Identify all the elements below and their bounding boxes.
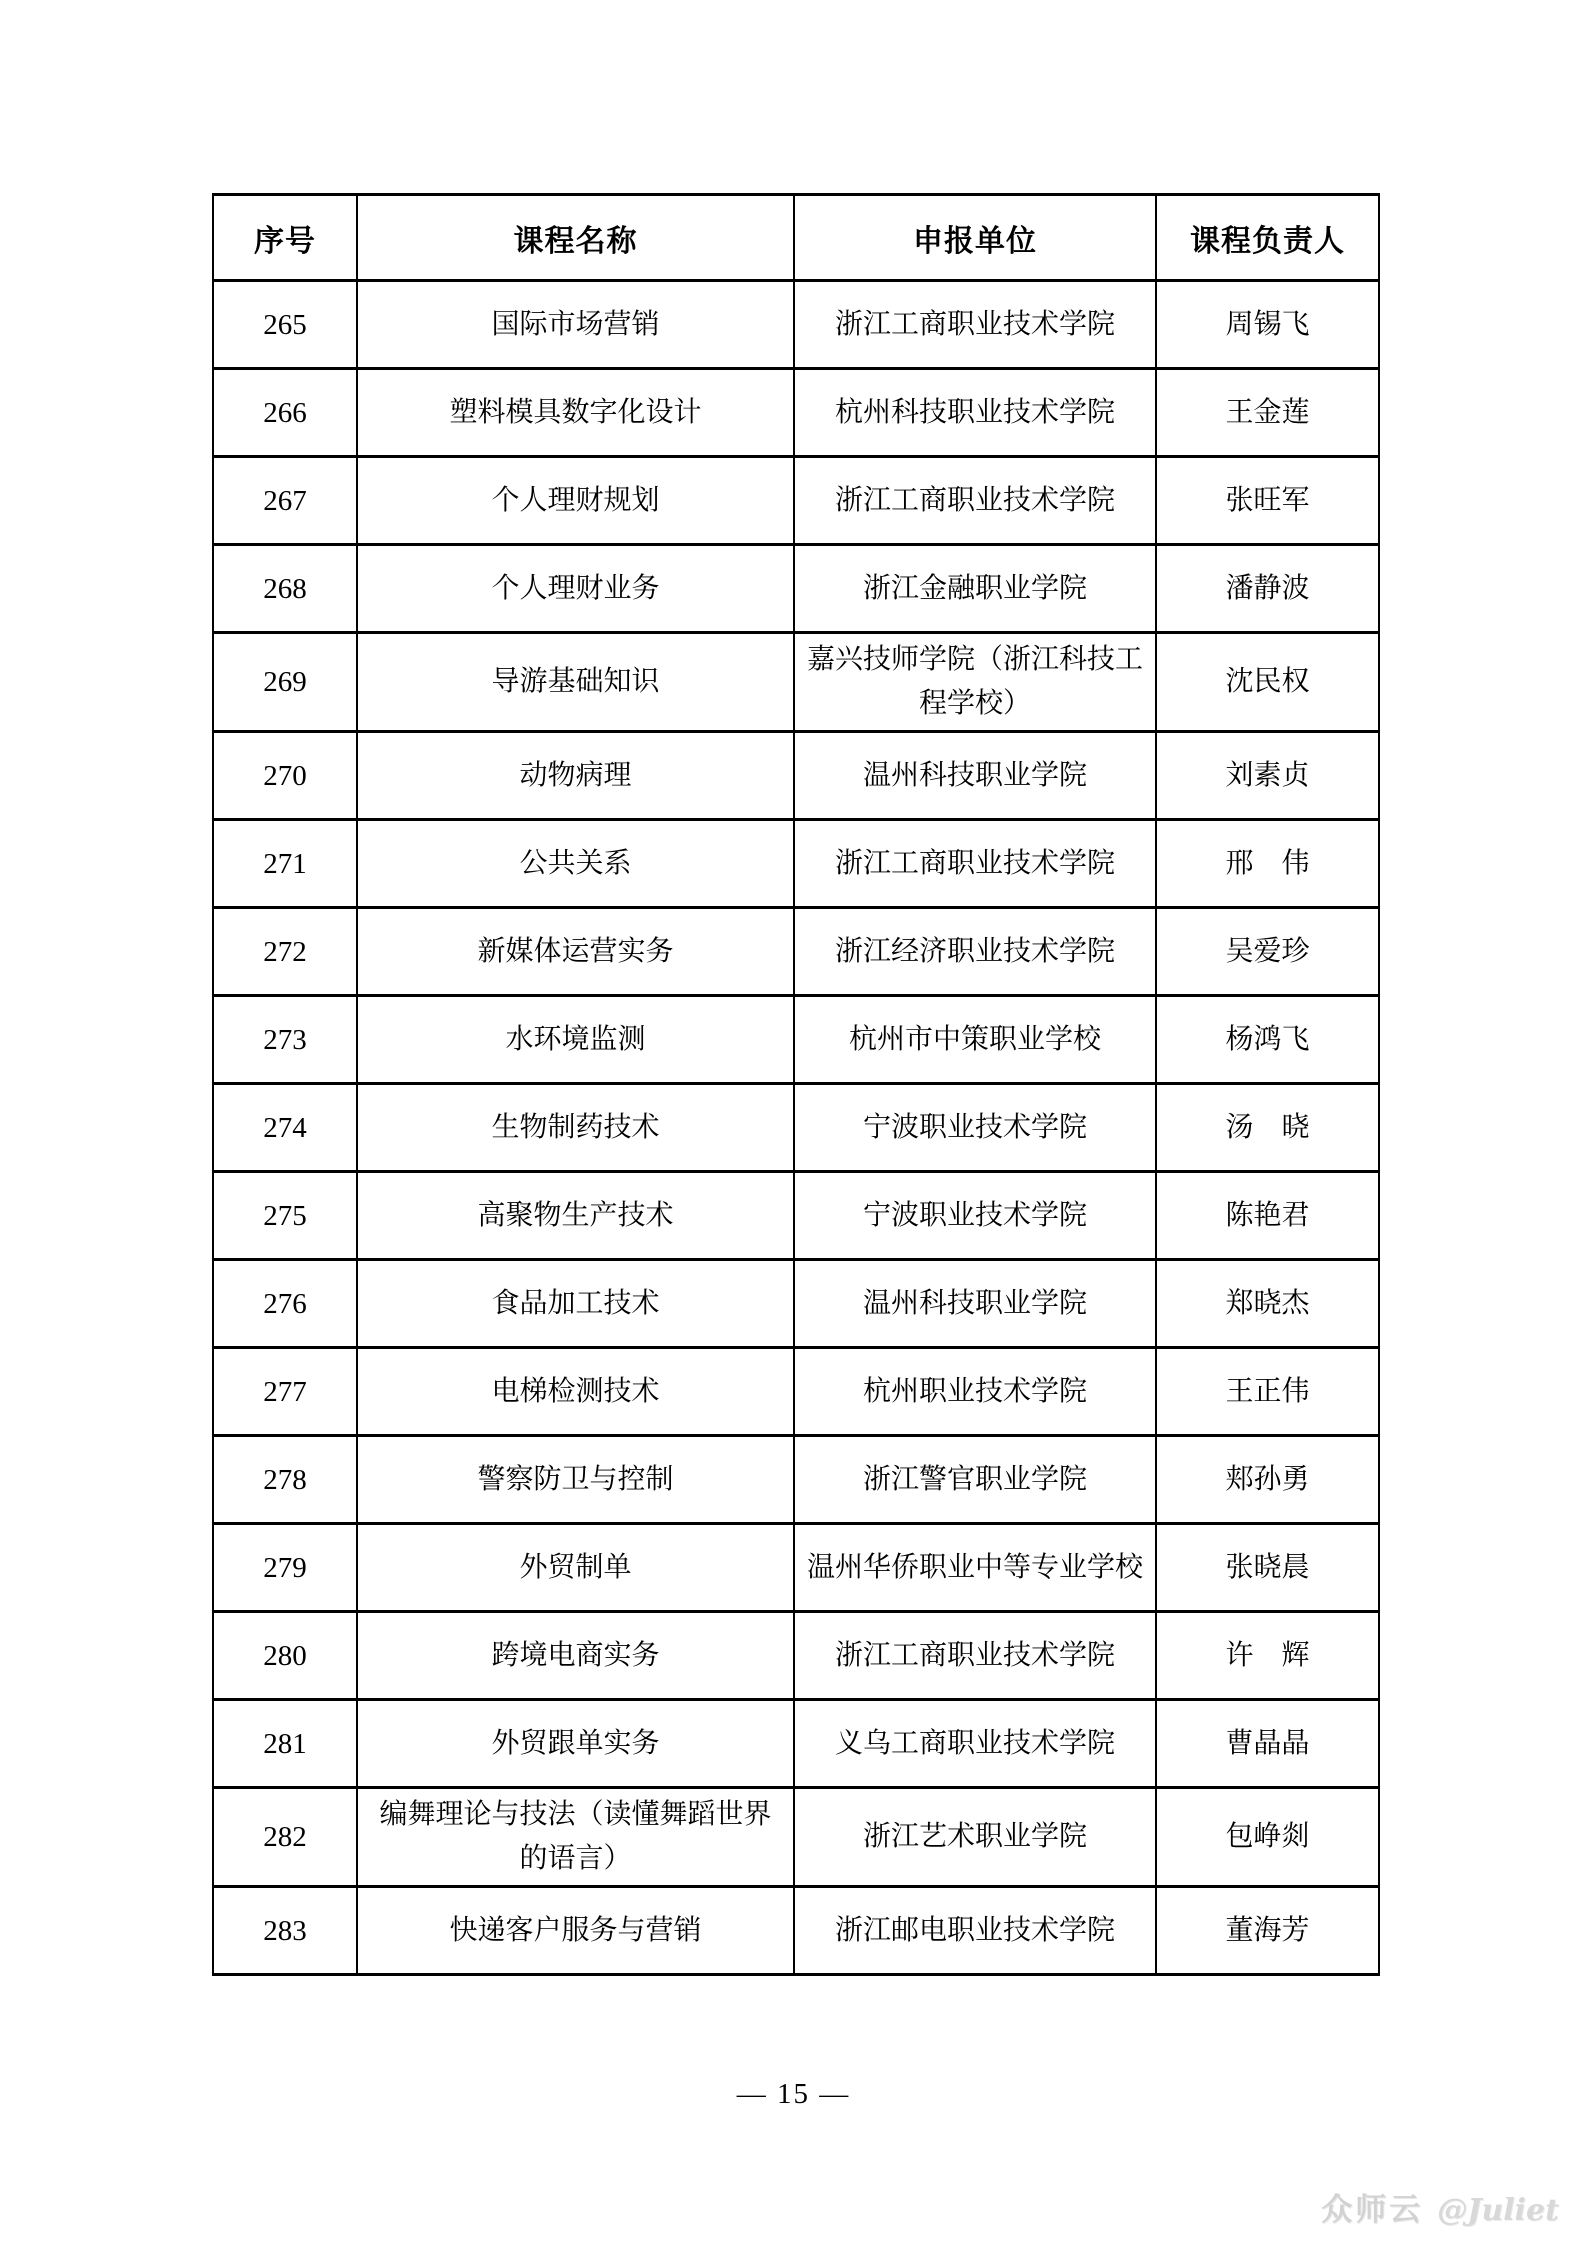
- cell-num: 272: [213, 908, 357, 996]
- cell-course: 外贸制单: [357, 1524, 794, 1612]
- cell-course: 食品加工技术: [357, 1260, 794, 1348]
- cell-unit: 杭州科技职业技术学院: [794, 369, 1156, 457]
- cell-num: 276: [213, 1260, 357, 1348]
- cell-num: 271: [213, 820, 357, 908]
- cell-unit: 浙江邮电职业技术学院: [794, 1887, 1156, 1975]
- cell-unit: 浙江警官职业学院: [794, 1436, 1156, 1524]
- cell-num: 281: [213, 1700, 357, 1788]
- cell-leader: 许 辉: [1156, 1612, 1379, 1700]
- course-list-table: 序号 课程名称 申报单位 课程负责人 265国际市场营销浙江工商职业技术学院周锡…: [212, 193, 1380, 1976]
- table-row: 281外贸跟单实务义乌工商职业技术学院曹晶晶: [213, 1700, 1379, 1788]
- cell-course: 导游基础知识: [357, 633, 794, 732]
- cell-course: 外贸跟单实务: [357, 1700, 794, 1788]
- cell-course: 生物制药技术: [357, 1084, 794, 1172]
- cell-num: 266: [213, 369, 357, 457]
- cell-leader: 陈艳君: [1156, 1172, 1379, 1260]
- cell-leader: 汤 晓: [1156, 1084, 1379, 1172]
- watermark: 众师云@Juliet: [1321, 2184, 1559, 2229]
- cell-unit: 浙江艺术职业学院: [794, 1788, 1156, 1887]
- cell-num: 268: [213, 545, 357, 633]
- cell-num: 277: [213, 1348, 357, 1436]
- cell-num: 279: [213, 1524, 357, 1612]
- cell-leader: 周锡飞: [1156, 281, 1379, 369]
- cell-course: 警察防卫与控制: [357, 1436, 794, 1524]
- cell-course: 快递客户服务与营销: [357, 1887, 794, 1975]
- cell-unit: 杭州市中策职业学校: [794, 996, 1156, 1084]
- cell-unit: 浙江工商职业技术学院: [794, 457, 1156, 545]
- cell-course: 高聚物生产技术: [357, 1172, 794, 1260]
- cell-num: 270: [213, 732, 357, 820]
- cell-num: 269: [213, 633, 357, 732]
- table-row: 270动物病理温州科技职业学院刘素贞: [213, 732, 1379, 820]
- table-row: 277电梯检测技术杭州职业技术学院王正伟: [213, 1348, 1379, 1436]
- cell-leader: 邢 伟: [1156, 820, 1379, 908]
- cell-leader: 张晓晨: [1156, 1524, 1379, 1612]
- cell-leader: 刘素贞: [1156, 732, 1379, 820]
- cell-unit: 义乌工商职业技术学院: [794, 1700, 1156, 1788]
- cell-unit: 嘉兴技师学院（浙江科技工程学校）: [794, 633, 1156, 732]
- cell-course: 新媒体运营实务: [357, 908, 794, 996]
- cell-leader: 杨鸿飞: [1156, 996, 1379, 1084]
- cell-num: 265: [213, 281, 357, 369]
- cell-leader: 董海芳: [1156, 1887, 1379, 1975]
- table-row: 280跨境电商实务浙江工商职业技术学院许 辉: [213, 1612, 1379, 1700]
- cell-num: 275: [213, 1172, 357, 1260]
- cell-leader: 潘静波: [1156, 545, 1379, 633]
- cell-unit: 杭州职业技术学院: [794, 1348, 1156, 1436]
- table-row: 275高聚物生产技术宁波职业技术学院陈艳君: [213, 1172, 1379, 1260]
- cell-leader: 郑晓杰: [1156, 1260, 1379, 1348]
- table-row: 271公共关系浙江工商职业技术学院邢 伟: [213, 820, 1379, 908]
- cell-unit: 浙江经济职业技术学院: [794, 908, 1156, 996]
- cell-leader: 张旺军: [1156, 457, 1379, 545]
- cell-course: 个人理财规划: [357, 457, 794, 545]
- cell-leader: 吴爱珍: [1156, 908, 1379, 996]
- table-row: 279外贸制单温州华侨职业中等专业学校张晓晨: [213, 1524, 1379, 1612]
- cell-course: 跨境电商实务: [357, 1612, 794, 1700]
- page-number: — 15 —: [0, 2078, 1587, 2111]
- cell-leader: 王金莲: [1156, 369, 1379, 457]
- cell-unit: 浙江金融职业学院: [794, 545, 1156, 633]
- watermark-handle: @Juliet: [1437, 2193, 1559, 2228]
- cell-leader: 包峥剡: [1156, 1788, 1379, 1887]
- cell-leader: 曹晶晶: [1156, 1700, 1379, 1788]
- cell-num: 267: [213, 457, 357, 545]
- cell-unit: 宁波职业技术学院: [794, 1172, 1156, 1260]
- cell-leader: 沈民权: [1156, 633, 1379, 732]
- cell-course: 国际市场营销: [357, 281, 794, 369]
- cell-unit: 温州华侨职业中等专业学校: [794, 1524, 1156, 1612]
- table-row: 265国际市场营销浙江工商职业技术学院周锡飞: [213, 281, 1379, 369]
- cell-unit: 温州科技职业学院: [794, 732, 1156, 820]
- table-header-course: 课程名称: [357, 195, 794, 281]
- cell-leader: 王正伟: [1156, 1348, 1379, 1436]
- table-row: 276食品加工技术温州科技职业学院郑晓杰: [213, 1260, 1379, 1348]
- cell-unit: 宁波职业技术学院: [794, 1084, 1156, 1172]
- table-header-row: 序号 课程名称 申报单位 课程负责人: [213, 195, 1379, 281]
- table-row: 278警察防卫与控制浙江警官职业学院郏孙勇: [213, 1436, 1379, 1524]
- cell-leader: 郏孙勇: [1156, 1436, 1379, 1524]
- cell-course: 动物病理: [357, 732, 794, 820]
- table-row: 268个人理财业务浙江金融职业学院潘静波: [213, 545, 1379, 633]
- table-row: 273水环境监测杭州市中策职业学校杨鸿飞: [213, 996, 1379, 1084]
- cell-num: 278: [213, 1436, 357, 1524]
- cell-num: 282: [213, 1788, 357, 1887]
- cell-unit: 浙江工商职业技术学院: [794, 820, 1156, 908]
- cell-num: 274: [213, 1084, 357, 1172]
- table-row: 282编舞理论与技法（读懂舞蹈世界的语言）浙江艺术职业学院包峥剡: [213, 1788, 1379, 1887]
- table-row: 272新媒体运营实务浙江经济职业技术学院吴爱珍: [213, 908, 1379, 996]
- table-body: 265国际市场营销浙江工商职业技术学院周锡飞266塑料模具数字化设计杭州科技职业…: [213, 281, 1379, 1975]
- cell-course: 塑料模具数字化设计: [357, 369, 794, 457]
- cell-course: 电梯检测技术: [357, 1348, 794, 1436]
- cell-course: 编舞理论与技法（读懂舞蹈世界的语言）: [357, 1788, 794, 1887]
- cell-num: 280: [213, 1612, 357, 1700]
- table-header-num: 序号: [213, 195, 357, 281]
- table-header-leader: 课程负责人: [1156, 195, 1379, 281]
- cell-course: 水环境监测: [357, 996, 794, 1084]
- watermark-brand: 众师云: [1321, 2192, 1423, 2227]
- cell-unit: 浙江工商职业技术学院: [794, 1612, 1156, 1700]
- table-row: 274生物制药技术宁波职业技术学院汤 晓: [213, 1084, 1379, 1172]
- cell-unit: 温州科技职业学院: [794, 1260, 1156, 1348]
- cell-num: 283: [213, 1887, 357, 1975]
- table-row: 267个人理财规划浙江工商职业技术学院张旺军: [213, 457, 1379, 545]
- table-row: 266塑料模具数字化设计杭州科技职业技术学院王金莲: [213, 369, 1379, 457]
- table-header-unit: 申报单位: [794, 195, 1156, 281]
- document-page: 序号 课程名称 申报单位 课程负责人 265国际市场营销浙江工商职业技术学院周锡…: [0, 0, 1587, 2245]
- table-row: 283快递客户服务与营销浙江邮电职业技术学院董海芳: [213, 1887, 1379, 1975]
- cell-course: 公共关系: [357, 820, 794, 908]
- table-row: 269导游基础知识嘉兴技师学院（浙江科技工程学校）沈民权: [213, 633, 1379, 732]
- cell-num: 273: [213, 996, 357, 1084]
- cell-unit: 浙江工商职业技术学院: [794, 281, 1156, 369]
- cell-course: 个人理财业务: [357, 545, 794, 633]
